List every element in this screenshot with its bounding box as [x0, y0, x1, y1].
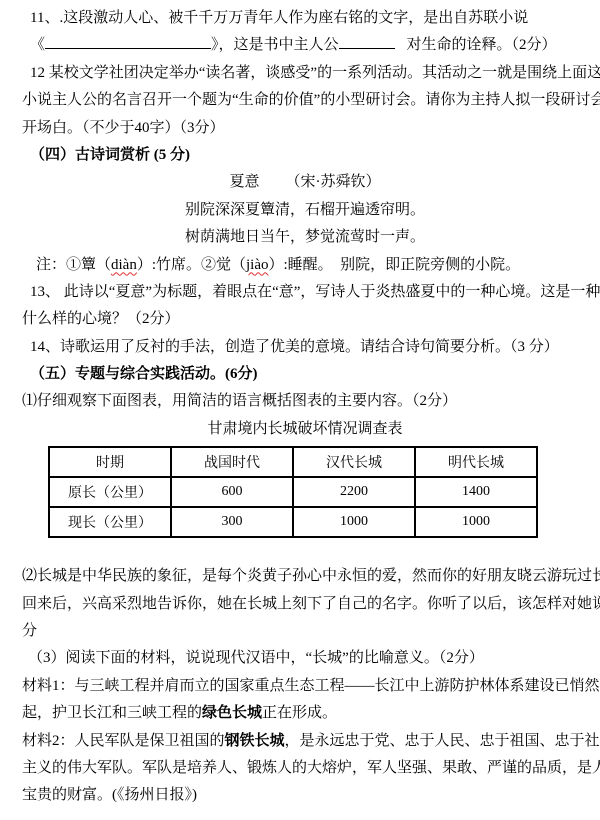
table-header-warring-states: 战国时代 — [171, 447, 293, 477]
q11-tail-text: 对生命的诠释。（2分） — [407, 37, 557, 53]
poem-author: （宋·苏舜钦） — [286, 174, 381, 190]
table-header-period: 时期 — [49, 447, 171, 477]
table-row-current-length: 现长（公里） 300 1000 1000 — [49, 507, 537, 537]
q11-open-bracket: 《 — [30, 37, 45, 53]
q11-blank-book-title — [45, 34, 211, 49]
q12-line3: 开场白。（不少于40字）（3分） — [22, 115, 588, 142]
material2-line3: 宝贵的财富。(《扬州日报》) — [22, 782, 588, 809]
poem-title: 夏意 — [229, 174, 259, 190]
table-row-original-length: 原长（公里） 600 2200 1400 — [49, 477, 537, 507]
poem-line1: 别院深深夏簟清，石榴开遍透帘明。 — [22, 197, 588, 224]
poem-note-line: 注：①簟（diàn）:竹席。②觉（jiào）:睡醒。 别院，即正院旁侧的小院。 — [22, 252, 588, 279]
q11-blank-protagonist — [339, 34, 395, 49]
exam-document: 11、.这段激动人心、被千千万万青年人作为座右铭的文字，是出自苏联小说 《》，这… — [0, 0, 600, 810]
q13-line1: 13、 此诗以“夏意”为标题，着眼点在“意”，写诗人于炎热盛夏中的一种心境。这是… — [22, 279, 588, 306]
material2-line1-post: ，是永远忠于党、忠于人民、忠于祖国、忠于社会 — [285, 733, 600, 749]
section5-item1: ⑴仔细观察下面图表，用简洁的语言概括图表的主要内容。（2分） — [22, 388, 588, 415]
table-header-han: 汉代长城 — [293, 447, 415, 477]
poem-title-line: 夏意（宋·苏舜钦） — [22, 169, 588, 196]
greatwall-table: 时期 战国时代 汉代长城 明代长城 原长（公里） 600 2200 1400 现… — [48, 446, 538, 538]
section5-item2-line3: 分 — [22, 618, 588, 645]
material2-line1: 材料2：人民军队是保卫祖国的钢铁长城，是永远忠于党、忠于人民、忠于祖国、忠于社会 — [22, 728, 588, 755]
poem-line2: 树荫满地日当午，梦觉流莺时一声。 — [22, 224, 588, 251]
q11-mid-text: 》，这是书中主人公 — [211, 37, 339, 53]
note-pinyin-jiao: jiào — [246, 257, 269, 273]
q11-line1: 11、.这段激动人心、被千千万万青年人作为座右铭的文字，是出自苏联小说 — [22, 5, 588, 32]
table-cell: 现长（公里） — [49, 507, 171, 537]
material2-line2: 主义的伟大军队。军队是培养人、锻炼人的大熔炉，军人坚强、果敢、严谨的品质，是人生 — [22, 755, 588, 782]
table-cell: 2200 — [293, 477, 415, 507]
table-title: 甘肃境内长城破坏情况调查表 — [22, 416, 588, 443]
q12-line2: 小说主人公的名言召开一个题为“生命的价值”的小型研讨会。请你为主持人拟一段研讨会… — [22, 87, 588, 114]
material2-steel-greatwall: 钢铁长城 — [225, 733, 285, 749]
section5-heading: （五）专题与综合实践活动。(6分) — [22, 361, 588, 388]
section5-item3: （3）阅读下面的材料，说说现代汉语中，“长城”的比喻意义。（2分） — [22, 645, 588, 672]
material1-line2-post: 正在形成。 — [262, 705, 337, 721]
table-cell: 原长（公里） — [49, 477, 171, 507]
section5-item2-line2: 回来后，兴高采烈地告诉你，她在长城上刻下了自己的名字。你听了以后，该怎样对她说？… — [22, 591, 588, 618]
material1-line1: 材料1：与三峡工程并肩而立的国家重点生态工程——长江中上游防护林体系建设已悄然崛 — [22, 673, 588, 700]
section4-heading: （四）古诗词赏析 (5 分) — [22, 142, 588, 169]
note-part3: ）:睡醒。 别院，即正院旁侧的小院。 — [269, 257, 521, 273]
q14-line: 14、诗歌运用了反衬的手法，创造了优美的意境。请结合诗句简要分析。（3 分） — [22, 334, 588, 361]
table-cell: 1400 — [415, 477, 537, 507]
q13-line2: 什么样的心境？（2分） — [22, 306, 588, 333]
table-cell: 1000 — [415, 507, 537, 537]
material1-line2: 起，护卫长江和三峡工程的绿色长城正在形成。 — [22, 700, 588, 727]
table-header-row: 时期 战国时代 汉代长城 明代长城 — [49, 447, 537, 477]
note-part1: 注：①簟（ — [36, 257, 111, 273]
q12-line1: 12 某校文学社团决定举办“读名著，谈感受”的一系列活动。其活动之一就是围绕上面… — [22, 60, 588, 87]
material1-green-greatwall: 绿色长城 — [202, 705, 262, 721]
note-part2: ）:竹席。②觉（ — [137, 257, 246, 273]
table-cell: 300 — [171, 507, 293, 537]
note-pinyin-dian: diàn — [111, 257, 137, 273]
material2-line1-pre: 材料2：人民军队是保卫祖国的 — [22, 733, 225, 749]
q11-line2: 《》，这是书中主人公对生命的诠释。（2分） — [22, 32, 588, 59]
table-header-ming: 明代长城 — [415, 447, 537, 477]
material1-line2-pre: 起，护卫长江和三峡工程的 — [22, 705, 202, 721]
table-cell: 1000 — [293, 507, 415, 537]
section5-item2-line1: ⑵长城是中华民族的象征，是每个炎黄子孙心中永恒的爱，然而你的好朋友晓云游玩过长城 — [22, 563, 588, 590]
table-cell: 600 — [171, 477, 293, 507]
